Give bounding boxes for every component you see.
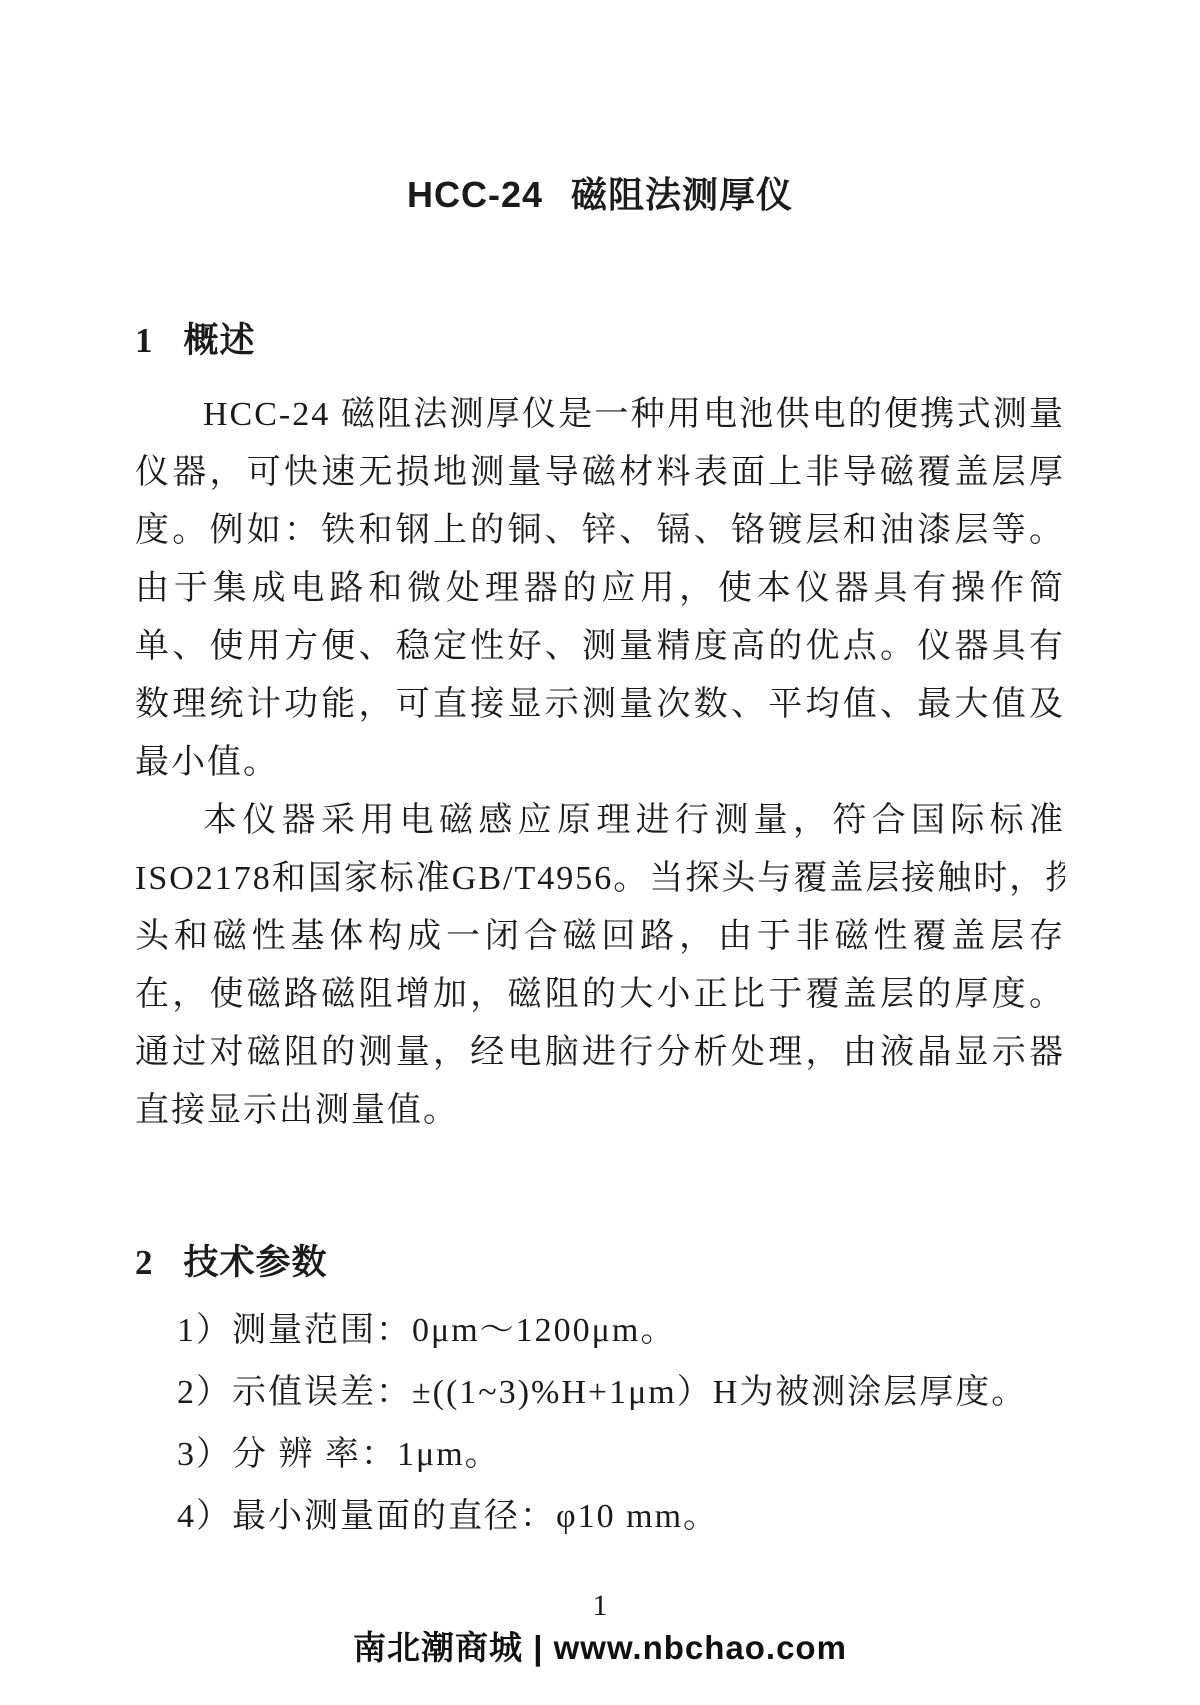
spec-item-resolution: 3）分 辨 率：1μm。 bbox=[177, 1424, 1065, 1486]
overview-paragraphs: HCC-24 磁阻法测厚仪是一种用电池供电的便携式测量 仪器，可快速无损地测量导… bbox=[135, 386, 1065, 1140]
paragraph-line: 数理统计功能，可直接显示测量次数、平均值、最大值及 bbox=[135, 676, 1065, 734]
document-content: HCC-24磁阻法测厚仪 1概述 HCC-24 磁阻法测厚仪是一种用电池供电的便… bbox=[0, 0, 1200, 1548]
paragraph-line: 在，使磁路磁阻增加，磁阻的大小正比于覆盖层的厚度。 bbox=[135, 966, 1065, 1024]
page-number: 1 bbox=[0, 1587, 1200, 1625]
section-2-number: 2 bbox=[135, 1238, 154, 1288]
paragraph-line: 由于集成电路和微处理器的应用，使本仪器具有操作简 bbox=[135, 560, 1065, 618]
paragraph-line: ISO2178和国家标准GB/T4956。当探头与覆盖层接触时，探 bbox=[135, 850, 1065, 908]
section-2-title: 技术参数 bbox=[184, 1243, 328, 1282]
section-1-number: 1 bbox=[135, 316, 154, 366]
paragraph-line: 单、使用方便、稳定性好、测量精度高的优点。仪器具有 bbox=[135, 618, 1065, 676]
paragraph-line: 直接显示出测量值。 bbox=[135, 1082, 1065, 1140]
paragraph-line: 最小值。 bbox=[135, 734, 1065, 792]
section-2-heading: 2技术参数 bbox=[135, 1238, 1065, 1288]
spec-item-measuring-range: 1）测量范围：0μm～1200μm。 bbox=[177, 1300, 1065, 1362]
paragraph-line: 度。例如：铁和钢上的铜、锌、镉、铬镀层和油漆层等。 bbox=[135, 502, 1065, 560]
spec-list: 1）测量范围：0μm～1200μm。 2）示值误差：±((1~3)%H+1μm）… bbox=[135, 1300, 1065, 1548]
paragraph-line: 头和磁性基体构成一闭合磁回路，由于非磁性覆盖层存 bbox=[135, 908, 1065, 966]
paragraph-line: 仪器，可快速无损地测量导磁材料表面上非导磁覆盖层厚 bbox=[135, 444, 1065, 502]
section-1-heading: 1概述 bbox=[135, 316, 1065, 366]
document-title-model: HCC-24 bbox=[407, 174, 543, 215]
document-title-name: 磁阻法测厚仪 bbox=[571, 175, 793, 215]
paragraph-line: 通过对磁阻的测量，经电脑进行分析处理，由液晶显示器 bbox=[135, 1024, 1065, 1082]
spec-item-min-surface-diameter: 4）最小测量面的直径：φ10 mm。 bbox=[177, 1486, 1065, 1548]
document-page: HCC-24磁阻法测厚仪 1概述 HCC-24 磁阻法测厚仪是一种用电池供电的便… bbox=[0, 0, 1200, 1705]
paragraph-line: HCC-24 磁阻法测厚仪是一种用电池供电的便携式测量 bbox=[135, 386, 1065, 444]
paragraph-line: 本仪器采用电磁感应原理进行测量，符合国际标准 bbox=[135, 792, 1065, 850]
spec-item-indication-error: 2）示值误差：±((1~3)%H+1μm）H为被测涂层厚度。 bbox=[177, 1362, 1065, 1424]
document-title: HCC-24磁阻法测厚仪 bbox=[135, 170, 1065, 220]
page-footer: 1 南北潮商城 | www.nbchao.com bbox=[0, 1587, 1200, 1705]
section-1-title: 概述 bbox=[184, 321, 256, 360]
site-watermark: 南北潮商城 | www.nbchao.com bbox=[0, 1625, 1200, 1671]
